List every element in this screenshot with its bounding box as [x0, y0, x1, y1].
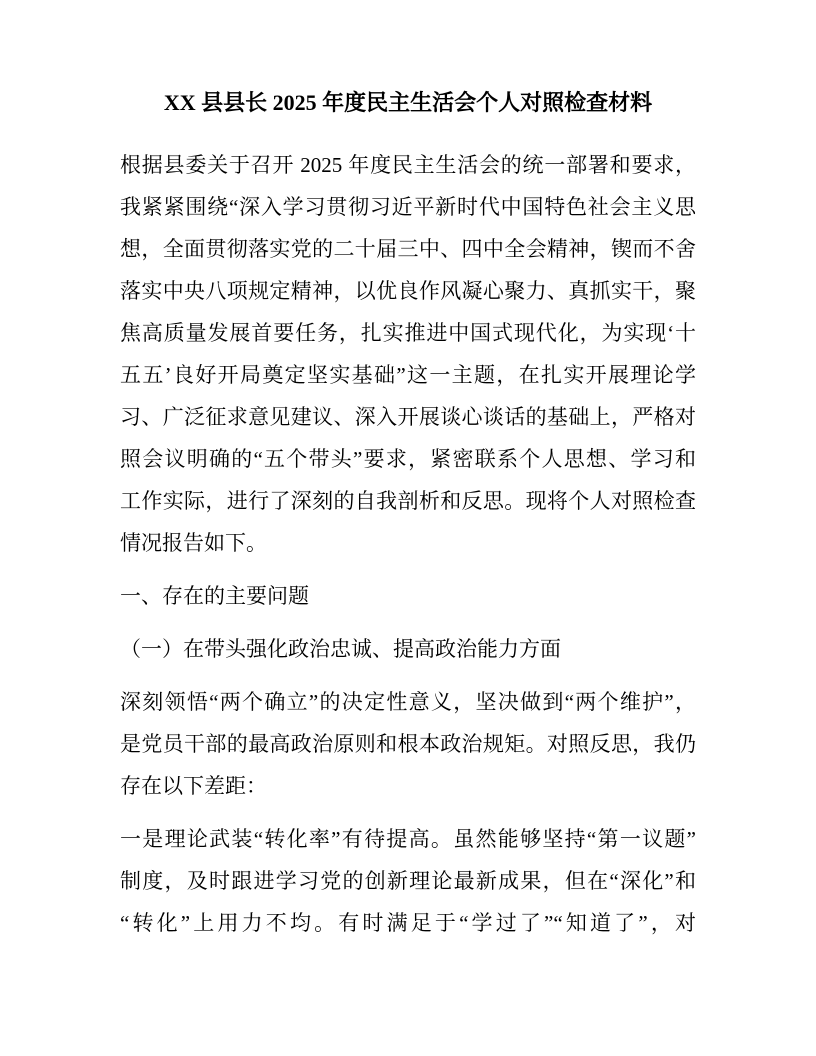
section-heading-1: 一、存在的主要问题: [120, 575, 696, 617]
text-line: 习、广泛征求意见建议、深入开展谈心谈话的基础上，严格对: [120, 396, 696, 438]
text-line: 想，全面贯彻落实党的二十届三中、四中全会精神，锲而不舍: [120, 228, 696, 270]
text-line: 是党员干部的最高政治原则和根本政治规矩。对照反思，我仍: [120, 723, 696, 765]
text-line: 落实中央八项规定精神，以优良作风凝心聚力、真抓实干，聚: [120, 270, 696, 312]
text-line: 深刻领悟“两个确立”的决定性意义，坚决做到“两个维护”，: [120, 681, 696, 723]
text-line: 一、存在的主要问题: [120, 575, 696, 617]
document-title: XX 县县长 2025 年度民主生活会个人对照检查材料: [120, 82, 696, 124]
text-line: 五五’良好开局奠定坚实基础”这一主题，在扎实开展理论学: [120, 354, 696, 396]
text-line: 根据县委关于召开 2025 年度民主生活会的统一部署和要求，: [120, 144, 696, 186]
text-line: 情况报告如下。: [120, 522, 696, 564]
text-line: 照会议明确的“五个带头”要求，紧密联系个人思想、学习和: [120, 438, 696, 480]
text-line: 一是理论武装“转化率”有待提高。虽然能够坚持“第一议题”: [120, 818, 696, 860]
document-page: XX 县县长 2025 年度民主生活会个人对照检查材料 根据县委关于召开 202…: [0, 0, 816, 1056]
paragraph-intro: 根据县委关于召开 2025 年度民主生活会的统一部署和要求， 我紧紧围绕“深入学…: [120, 144, 696, 564]
text-line: “转化”上用力不均。有时满足于“学过了”“知道了”，对: [120, 902, 696, 944]
text-line: 存在以下差距：: [120, 765, 696, 807]
paragraph-political-loyalty: 深刻领悟“两个确立”的决定性意义，坚决做到“两个维护”， 是党员干部的最高政治原…: [120, 681, 696, 807]
paragraph-theory-gap: 一是理论武装“转化率”有待提高。虽然能够坚持“第一议题” 制度，及时跟进学习党的…: [120, 818, 696, 944]
text-line: （一）在带头强化政治忠诚、提高政治能力方面: [120, 628, 696, 670]
text-line: 我紧紧围绕“深入学习贯彻习近平新时代中国特色社会主义思: [120, 186, 696, 228]
text-line: 制度，及时跟进学习党的创新理论最新成果，但在“深化”和: [120, 860, 696, 902]
text-line: 焦高质量发展首要任务，扎实推进中国式现代化，为实现‘十: [120, 312, 696, 354]
subsection-heading-1: （一）在带头强化政治忠诚、提高政治能力方面: [120, 628, 696, 670]
text-line: 工作实际，进行了深刻的自我剖析和反思。现将个人对照检查: [120, 480, 696, 522]
